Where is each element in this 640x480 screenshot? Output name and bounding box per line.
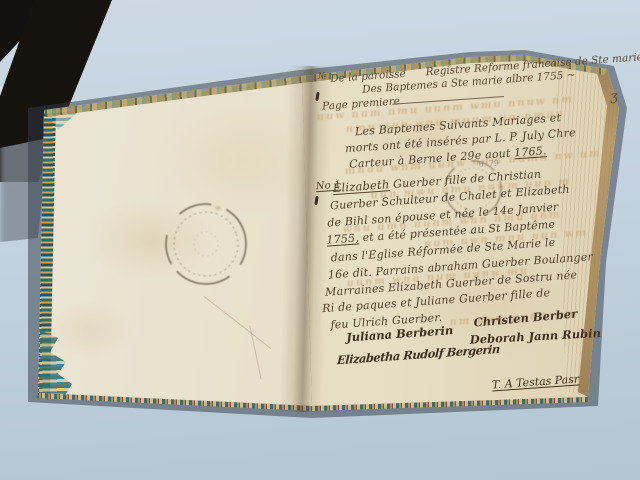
manuscript-text-block: uuw num nmu uunm wmu nnuw nm nmu uun wnu…	[302, 55, 625, 420]
round-archive-stamp-left	[158, 198, 254, 290]
round-archive-stamp-right	[440, 156, 506, 222]
photo-canvas: uuw num nmu uunm wmu nnuw nm nmu uun wnu…	[0, 0, 640, 480]
preamble-year: 1765.	[514, 144, 547, 159]
entry-year: 1755,	[326, 231, 359, 246]
margin-number-mark: №	[318, 72, 327, 82]
witness-signature: Elizabetha Rudolf Bergerin	[337, 344, 501, 367]
ink-flourish: ʒ	[610, 90, 618, 103]
witness-signature: Christen Berber	[473, 308, 578, 329]
pastor-signature: T. A Testas Pasr	[492, 373, 580, 390]
